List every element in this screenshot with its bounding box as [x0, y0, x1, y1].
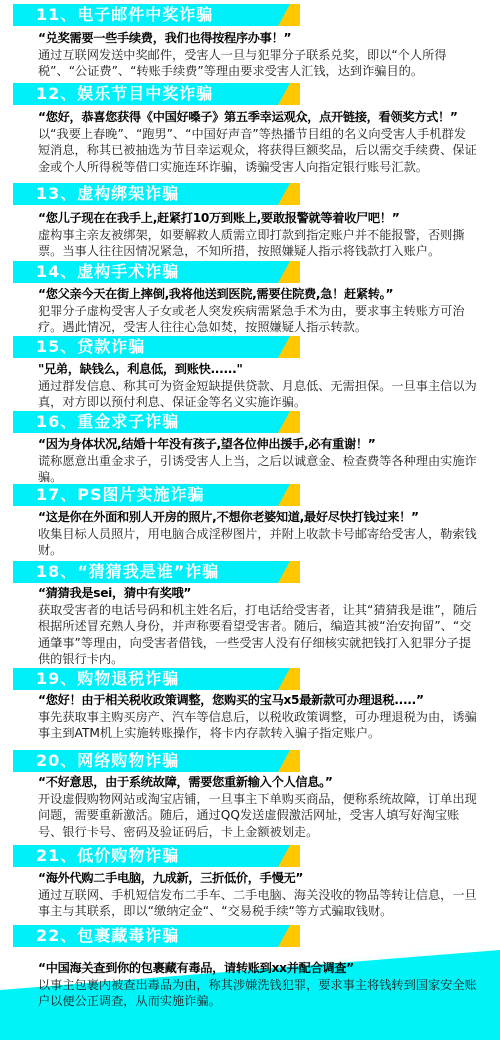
section-title: 18、“猜猜我是谁”诈骗: [36, 562, 219, 582]
section-header: 19、购物退税诈骗: [13, 668, 300, 690]
scam-description: 虚构事主亲友被绑架，如要解救人质需立即打款到指定账户并不能报警，否则撕票。当事人…: [38, 227, 478, 260]
scam-quote: “因为身体状况,结婚十年没有孩子,望各位伸出援手,必有重谢！”: [38, 436, 478, 453]
scam-quote: “您儿子现在在我手上,赶紧打10万到账上,要敢报警就等着收尸吧！”: [38, 210, 478, 227]
section-title: 20、网络购物诈骗: [36, 751, 179, 771]
header-corner-accent: [278, 4, 300, 26]
section-title: 11、电子邮件中奖诈骗: [36, 5, 213, 25]
section-header: 11、电子邮件中奖诈骗: [13, 4, 300, 26]
header-corner-accent: [278, 845, 300, 867]
scam-quote: "兄弟，缺钱么，利息低，到账快......": [38, 361, 478, 378]
scam-quote: “猜猜我是sei，猜中有奖哦”: [38, 585, 478, 602]
scam-description: 通过互联网发送中奖邮件，受害人一旦与犯罪分子联系兑奖，即以“个人所得税”、“公证…: [38, 47, 478, 80]
scam-description: 收集目标人员照片，用电脑合成淫秽图片，并附上收款卡号邮寄给受害人，勒索钱财。: [38, 526, 478, 559]
section-body: “您儿子现在在我手上,赶紧打10万到账上,要敢报警就等着收尸吧！” 虚构事主亲友…: [38, 210, 478, 260]
section-title: 17、PS图片实施诈骗: [36, 485, 205, 505]
section-header: 12、娱乐节目中奖诈骗: [13, 83, 300, 105]
scam-description: 获取受害者的电话号码和机主姓名后，打电话给受害者，让其“猜猜我是谁”，随后根据所…: [38, 602, 478, 668]
section-title: 12、娱乐节目中奖诈骗: [36, 84, 213, 104]
scam-quote: “您父亲今天在街上摔倒,我将他送到医院,需要住院费,急！赶紧转。”: [38, 286, 478, 303]
section-header: 14、虚构手术诈骗: [13, 261, 300, 283]
scam-quote: “不好意思，由于系统故障，需要您重新输入个人信息。”: [38, 774, 478, 791]
header-corner-accent: [278, 750, 300, 772]
section-body: “海外代购二手电脑，九成新，三折低价，手慢无” 通过互联网、手机短信发布二手车、…: [38, 870, 478, 920]
scam-description: 开设虚假购物网站或淘宝店铺，一旦事主下单购买商品，便称系统故障，订单出现问题，需…: [38, 791, 478, 841]
header-corner-accent: [278, 83, 300, 105]
section-title: 21、低价购物诈骗: [36, 846, 179, 866]
section-body: “因为身体状况,结婚十年没有孩子,望各位伸出援手,必有重谢！” 谎称愿意出重金求…: [38, 436, 478, 486]
header-corner-accent: [278, 925, 300, 947]
section-header: 22、包裹藏毒诈骗: [13, 925, 300, 947]
header-corner-accent: [278, 484, 300, 506]
header-corner-accent: [278, 668, 300, 690]
section-title: 15、贷款诈骗: [36, 337, 145, 357]
header-corner-accent: [278, 561, 300, 583]
section-body: “不好意思，由于系统故障，需要您重新输入个人信息。” 开设虚假购物网站或淘宝店铺…: [38, 774, 478, 840]
scam-quote: “海外代购二手电脑，九成新，三折低价，手慢无”: [38, 870, 478, 887]
section-body: “这是你在外面和别人开房的照片,不想你老婆知道,最好尽快打钱过来！” 收集目标人…: [38, 509, 478, 559]
section-body: “猜猜我是sei，猜中有奖哦” 获取受害者的电话号码和机主姓名后，打电话给受害者…: [38, 585, 478, 668]
section-title: 16、重金求子诈骗: [36, 412, 179, 432]
section-body: “兑奖需要一些手续费，我们也得按程序办事！” 通过互联网发送中奖邮件，受害人一旦…: [38, 30, 478, 80]
scam-description: 事先获取事主购买房产、汽车等信息后，以税收政策调整，可办理退税为由，诱骗事主到A…: [38, 709, 478, 742]
header-corner-accent: [278, 411, 300, 433]
scam-quote: “您好，恭喜您获得《中国好嗓子》第五季幸运观众，点开链接，看领奖方式！”: [38, 109, 478, 126]
section-header: 13、虚构绑架诈骗: [13, 183, 300, 205]
section-body: “您好，恭喜您获得《中国好嗓子》第五季幸运观众，点开链接，看领奖方式！” 以“我…: [38, 109, 478, 175]
scam-quote: “兑奖需要一些手续费，我们也得按程序办事！”: [38, 30, 478, 47]
section-body: “您好！由于相关税收政策调整，您购买的宝马x5最新款可办理退税.....” 事先…: [38, 692, 478, 742]
section-header: 15、贷款诈骗: [13, 336, 300, 358]
scam-description: 以事主包裹内被查出毒品为由，称其涉嫌洗钱犯罪，要求事主将钱转到国家安全账户以便公…: [38, 977, 478, 1010]
section-body: “中国海关查到你的包裹藏有毒品，请转账到xx并配合调查” 以事主包裹内被查出毒品…: [38, 960, 478, 1010]
header-corner-accent: [278, 261, 300, 283]
scam-description: 犯罪分子虚构受害人子女或老人突发疾病需紧急手术为由，要求事主转账方可治疗。遇此情…: [38, 303, 478, 336]
scam-description: 谎称愿意出重金求子，引诱受害人上当，之后以诚意金、检查费等各种理由实施诈骗。: [38, 453, 478, 486]
section-header: 17、PS图片实施诈骗: [13, 484, 300, 506]
section-header: 20、网络购物诈骗: [13, 750, 300, 772]
header-corner-accent: [278, 183, 300, 205]
scam-description: 通过群发信息、称其可为资金短缺提供贷款、月息低、无需担保。一旦事主信以为真，对方…: [38, 378, 478, 411]
section-header: 16、重金求子诈骗: [13, 411, 300, 433]
section-body: “您父亲今天在街上摔倒,我将他送到医院,需要住院费,急！赶紧转。” 犯罪分子虚构…: [38, 286, 478, 336]
scam-description: 通过互联网、手机短信发布二手车、二手电脑、海关没收的物品等转让信息，一旦事主与其…: [38, 887, 478, 920]
section-body: "兄弟，缺钱么，利息低，到账快......" 通过群发信息、称其可为资金短缺提供…: [38, 361, 478, 411]
header-corner-accent: [278, 336, 300, 358]
scam-quote: “中国海关查到你的包裹藏有毒品，请转账到xx并配合调查”: [38, 960, 478, 977]
section-title: 22、包裹藏毒诈骗: [36, 926, 179, 946]
section-header: 18、“猜猜我是谁”诈骗: [13, 561, 300, 583]
section-title: 13、虚构绑架诈骗: [36, 184, 179, 204]
section-header: 21、低价购物诈骗: [13, 845, 300, 867]
scam-quote: “您好！由于相关税收政策调整，您购买的宝马x5最新款可办理退税.....”: [38, 692, 478, 709]
section-title: 14、虚构手术诈骗: [36, 262, 179, 282]
scam-quote: “这是你在外面和别人开房的照片,不想你老婆知道,最好尽快打钱过来！”: [38, 509, 478, 526]
scam-description: 以“我要上春晚”、“跑男”、“中国好声音”等热播节目组的名义向受害人手机群发短消…: [38, 126, 478, 176]
section-title: 19、购物退税诈骗: [36, 669, 179, 689]
